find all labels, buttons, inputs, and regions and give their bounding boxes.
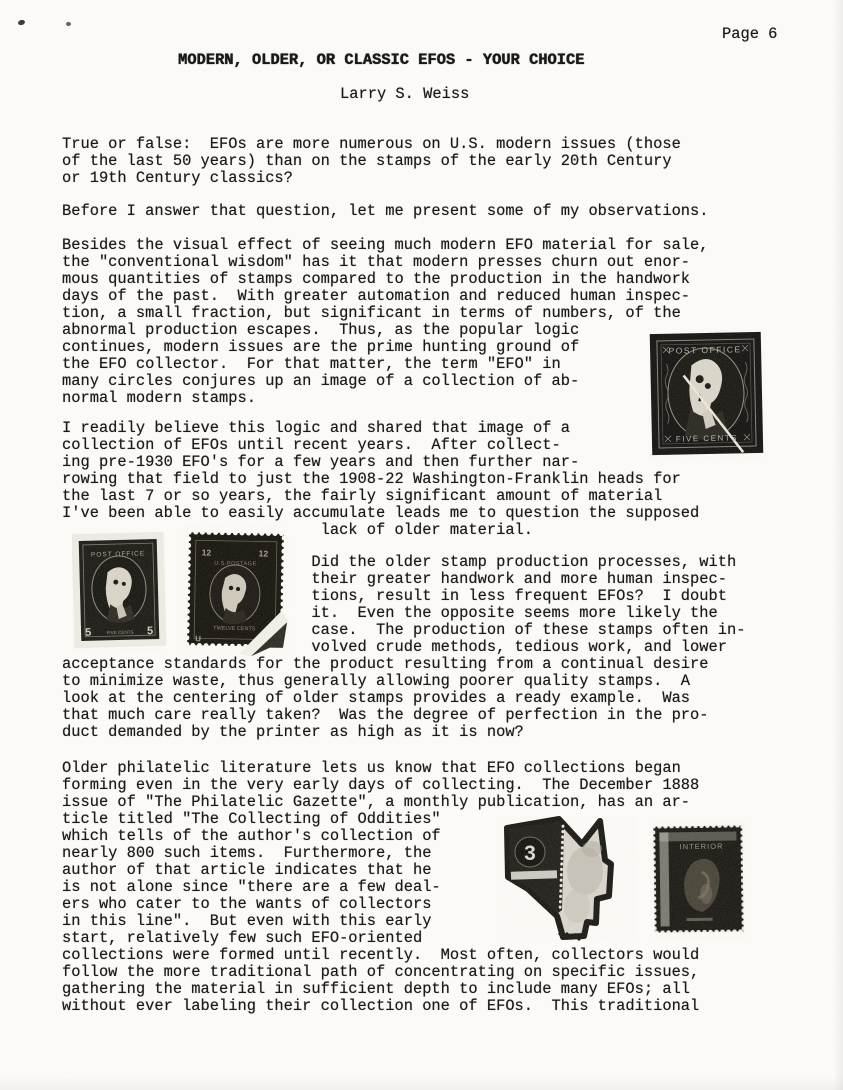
franklin-five-cent-stamp-image: POST OFFICE 5 5 FIVE CENTS bbox=[72, 531, 167, 651]
scan-speck bbox=[66, 22, 71, 26]
scan-speck bbox=[17, 19, 25, 26]
paragraph-before-answer: Before I answer that question, let me pr… bbox=[62, 203, 709, 220]
washington-twelve-cent-stamp-image: 12 12 U.S.POSTAGE TWELVE CENTS U S bbox=[182, 525, 290, 657]
page-title: MODERN, OLDER, OR CLASSIC EFOS - YOUR CH… bbox=[178, 52, 584, 69]
page-number: Page 6 bbox=[722, 26, 777, 43]
misperforated-foldover-piece-image: 3 bbox=[497, 816, 637, 942]
five-cent-post-office-stamp-image: POST OFFICE FIVE CENTS bbox=[648, 329, 766, 459]
paragraph-true-or-false: True or false: EFOs are more numerous on… bbox=[62, 136, 681, 187]
paragraph-conventional-wisdom: Besides the visual effect of seeing much… bbox=[62, 237, 709, 407]
paragraph-readily-believe: I readily believe this logic and shared … bbox=[62, 420, 699, 539]
scan-edge-shadow bbox=[0, 1076, 843, 1090]
scanned-article-page: Page 6 MODERN, OLDER, OR CLASSIC EFOS - … bbox=[0, 0, 843, 1090]
author-byline: Larry S. Weiss bbox=[340, 86, 469, 103]
scan-edge-shadow bbox=[833, 0, 843, 1090]
interior-department-stamp-image: INTERIOR bbox=[650, 820, 749, 940]
